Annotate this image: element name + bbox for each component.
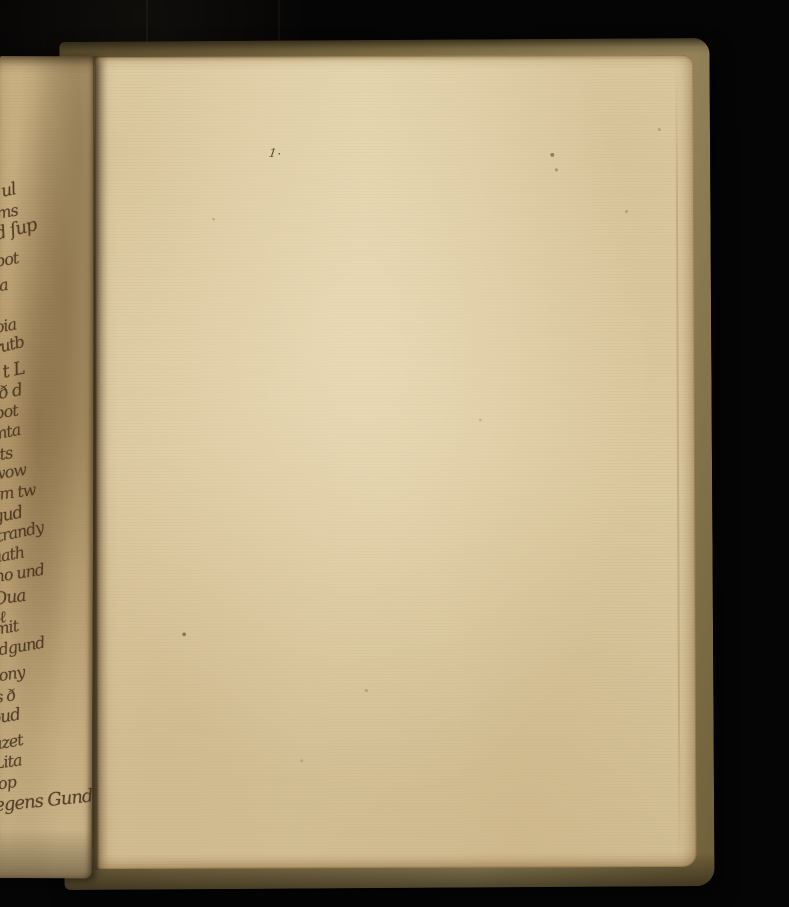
handwriting-fragment: bot — [0, 248, 20, 271]
photo-background: 1· ulmsd ſupbotaoiarutbt Lð dbotmtattswo… — [0, 0, 789, 907]
handwriting-fragment: tony — [0, 662, 26, 686]
previous-page-edge: ulmsd ſupbotaoiarutbt Lð dbotmtattswowpm… — [0, 56, 95, 878]
handwriting-fragment: ul — [0, 179, 18, 202]
manuscript-blank-page: 1· — [94, 55, 696, 869]
handwriting-fragment: mta — [0, 420, 22, 444]
handwriting-fragment: a — [0, 275, 9, 295]
handwriting-fragment: t L — [0, 358, 26, 383]
handwriting-fragment: oud — [0, 705, 21, 729]
handwriting-fragment: s ð — [0, 685, 16, 707]
binding-thread-marks — [140, 0, 320, 42]
ink-mark: 1· — [268, 146, 283, 162]
handwriting-fragment: pm tw — [0, 480, 37, 505]
handwriting-fragment: Oua — [0, 586, 27, 610]
handwriting-fragment: mit — [0, 616, 19, 639]
handwriting-fragment: lop — [0, 772, 17, 794]
handwriting-fragment: rutb — [0, 332, 26, 358]
handwriting-fragment: Lita — [0, 750, 23, 773]
